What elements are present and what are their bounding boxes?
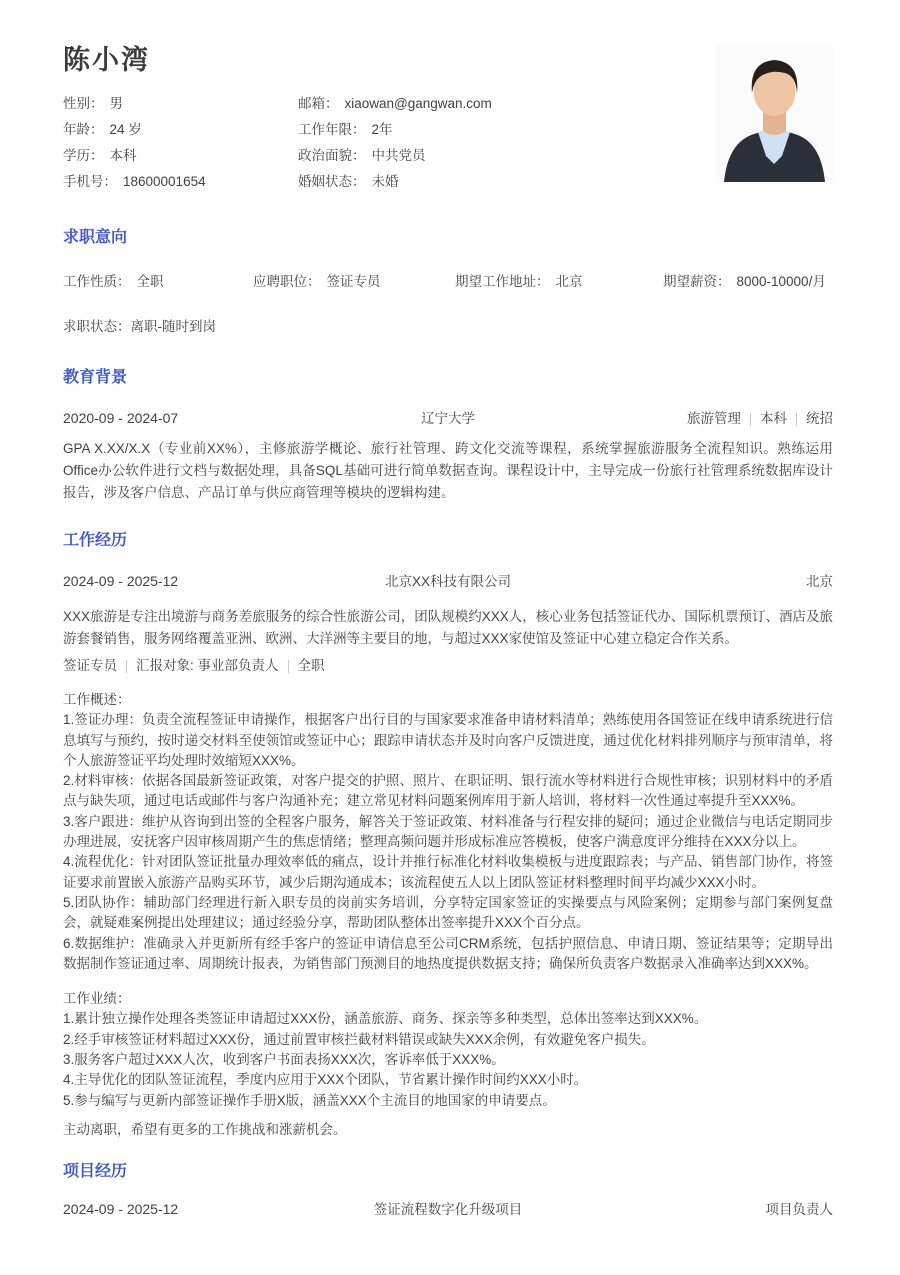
project-name: 签证流程数字化升级项目 [283, 1202, 613, 1218]
work-achievement-item: 2.经手审核签证材料超过XXX份，通过前置审核拦截材料错误或缺失XXX余例，有效… [63, 1030, 833, 1050]
candidate-name: 陈小湾 [63, 45, 696, 75]
project-period: 2024-09 - 2025-12 [63, 1201, 283, 1217]
education-meta: 旅游管理 本科 统招 [613, 411, 833, 427]
section-title-job-intent: 求职意向 [63, 228, 833, 247]
info-phone: 手机号：18600001654 [63, 175, 298, 189]
work-overview-item: 1.签证办理：负责全流程签证申请操作，根据客户出行目的与国家要求准备申请材料清单… [63, 710, 833, 771]
intent-status-label: 求职状态： [63, 319, 131, 334]
work-entry-row: 2024-09 - 2025-12 北京XX科技有限公司 北京 [63, 573, 833, 590]
intent-expected-salary-value: 8000-10000/月 [737, 274, 826, 289]
info-age-value: 24 岁 [110, 122, 142, 137]
info-gender-value: 男 [110, 96, 124, 111]
info-marital-status-label: 婚姻状态： [298, 174, 366, 189]
profile-photo-image [716, 45, 833, 182]
intent-target-position-label: 应聘职位： [253, 274, 321, 289]
project-role: 项目负责人 [613, 1202, 833, 1218]
divider [288, 660, 289, 673]
work-achievement-item: 1.累计独立操作处理各类签证申请超过XXX份，涵盖旅游、商务、探亲等多种类型，总… [63, 1009, 833, 1029]
education-description: GPA X.XX/X.X（专业前XX%），主修旅游学概论、旅行社管理、跨文化交流… [63, 438, 833, 504]
info-email-label: 邮箱： [298, 96, 339, 111]
divider [796, 413, 797, 426]
intent-target-city-label: 期望工作地址： [455, 274, 550, 289]
work-location: 北京 [613, 574, 833, 590]
intent-target-city-value: 北京 [556, 274, 583, 289]
info-gender: 性别：男 [63, 97, 298, 111]
work-position-inline: 签证专员 汇报对象: 事业部负责人 全职 [63, 658, 325, 674]
info-degree-value: 本科 [110, 148, 137, 163]
resume-page: 陈小湾 性别：男 邮箱：xiaowan@gangwan.com 年龄：24 岁 … [0, 0, 900, 1275]
header-info-area: 陈小湾 性别：男 邮箱：xiaowan@gangwan.com 年龄：24 岁 … [63, 45, 696, 189]
work-leave-reason: 主动离职，希望有更多的工作挑战和涨薪机会。 [63, 1120, 833, 1140]
work-overview-item: 6.数据维护：准确录入并更新所有经手客户的签证申请信息至公司CRM系统，包括护照… [63, 934, 833, 975]
info-degree-label: 学历： [63, 148, 104, 163]
intent-job-nature-value: 全职 [137, 274, 164, 289]
work-achievement-item: 3.服务客户超过XXX人次，收到客户书面表扬XXX次，客诉率低于XXX%。 [63, 1050, 833, 1070]
work-job-type: 全职 [298, 658, 325, 674]
work-overview-item: 5.团队协作：辅助部门经理进行新入职专员的岗前实务培训，分享特定国家签证的实操要… [63, 893, 833, 934]
section-title-work: 工作经历 [63, 531, 833, 550]
work-report-to: 汇报对象: 事业部负责人 [136, 658, 279, 674]
intent-target-position: 应聘职位：签证专员 [253, 274, 455, 290]
section-title-education: 教育背景 [63, 368, 833, 387]
info-political-status-value: 中共党员 [372, 148, 426, 163]
info-phone-label: 手机号： [63, 174, 117, 189]
resume-header: 陈小湾 性别：男 邮箱：xiaowan@gangwan.com 年龄：24 岁 … [63, 45, 833, 189]
info-email-value: xiaowan@gangwan.com [345, 96, 492, 111]
info-marital-status: 婚姻状态：未婚 [298, 175, 696, 189]
education-enrollment: 统招 [806, 411, 833, 427]
work-overview: 工作概述： 1.签证办理：负责全流程签证申请操作，根据客户出行目的与国家要求准备… [63, 690, 833, 974]
info-experience-years-value: 2年 [372, 122, 393, 137]
intent-job-nature: 工作性质：全职 [63, 274, 253, 290]
info-marital-status-value: 未婚 [372, 174, 399, 189]
divider [126, 660, 127, 673]
work-position: 签证专员 [63, 658, 117, 674]
info-experience-years: 工作年限：2年 [298, 123, 696, 137]
education-degree: 本科 [760, 411, 787, 427]
info-political-status-label: 政治面貌： [298, 148, 366, 163]
project-entry-row: 2024-09 - 2025-12 签证流程数字化升级项目 项目负责人 [63, 1201, 833, 1218]
info-phone-value: 18600001654 [123, 174, 206, 189]
work-overview-title: 工作概述： [63, 690, 833, 710]
intent-target-position-value: 签证专员 [327, 274, 381, 289]
work-period: 2024-09 - 2025-12 [63, 573, 283, 589]
intent-status-row: 求职状态：离职-随时到岗 [63, 319, 833, 335]
personal-info-grid: 性别：男 邮箱：xiaowan@gangwan.com 年龄：24 岁 工作年限… [63, 97, 696, 189]
intent-fields-row: 工作性质：全职 应聘职位：签证专员 期望工作地址：北京 期望薪资：8000-10… [63, 274, 833, 290]
education-meta-inline: 旅游管理 本科 统招 [687, 411, 833, 427]
work-achievements-title: 工作业绩： [63, 989, 833, 1009]
intent-job-nature-label: 工作性质： [63, 274, 131, 289]
work-achievement-item: 4.主导优化的团队签证流程，季度内应用于XXX个团队，节省累计操作时间约XXX小… [63, 1070, 833, 1090]
education-school: 辽宁大学 [283, 411, 613, 427]
intent-expected-salary: 期望薪资：8000-10000/月 [663, 274, 833, 290]
work-overview-item: 3.客户跟进：维护从咨询到出签的全程客户服务，解答关于签证政策、材料准备与行程安… [63, 812, 833, 853]
info-email: 邮箱：xiaowan@gangwan.com [298, 97, 696, 111]
work-position-row: 签证专员 汇报对象: 事业部负责人 全职 [63, 658, 833, 674]
education-period: 2020-09 - 2024-07 [63, 410, 283, 426]
intent-expected-salary-label: 期望薪资： [663, 274, 731, 289]
work-overview-item: 2.材料审核：依据各国最新签证政策，对客户提交的护照、照片、在职证明、银行流水等… [63, 771, 833, 812]
profile-photo [716, 45, 833, 182]
intent-target-city: 期望工作地址：北京 [455, 274, 663, 290]
intent-status-value: 离职-随时到岗 [131, 319, 217, 334]
info-age-label: 年龄： [63, 122, 104, 137]
work-overview-item: 4.流程优化：针对团队签证批量办理效率低的痛点，设计并推行标准化材料收集模板与进… [63, 852, 833, 893]
work-achievements: 工作业绩： 1.累计独立操作处理各类签证申请超过XXX份，涵盖旅游、商务、探亲等… [63, 989, 833, 1111]
work-company-intro: XXX旅游是专注出境游与商务差旅服务的综合性旅游公司，团队规模约XXX人，核心业… [63, 606, 833, 649]
section-title-project: 项目经历 [63, 1162, 833, 1181]
info-political-status: 政治面貌：中共党员 [298, 149, 696, 163]
info-gender-label: 性别： [63, 96, 104, 111]
info-degree: 学历：本科 [63, 149, 298, 163]
work-company: 北京XX科技有限公司 [283, 574, 613, 590]
divider [750, 413, 751, 426]
education-major: 旅游管理 [687, 411, 741, 427]
work-achievement-item: 5.参与编写与更新内部签证操作手册X版，涵盖XXX个主流目的地国家的申请要点。 [63, 1091, 833, 1111]
education-entry-row: 2020-09 - 2024-07 辽宁大学 旅游管理 本科 统招 [63, 410, 833, 427]
info-experience-years-label: 工作年限： [298, 122, 366, 137]
info-age: 年龄：24 岁 [63, 123, 298, 137]
